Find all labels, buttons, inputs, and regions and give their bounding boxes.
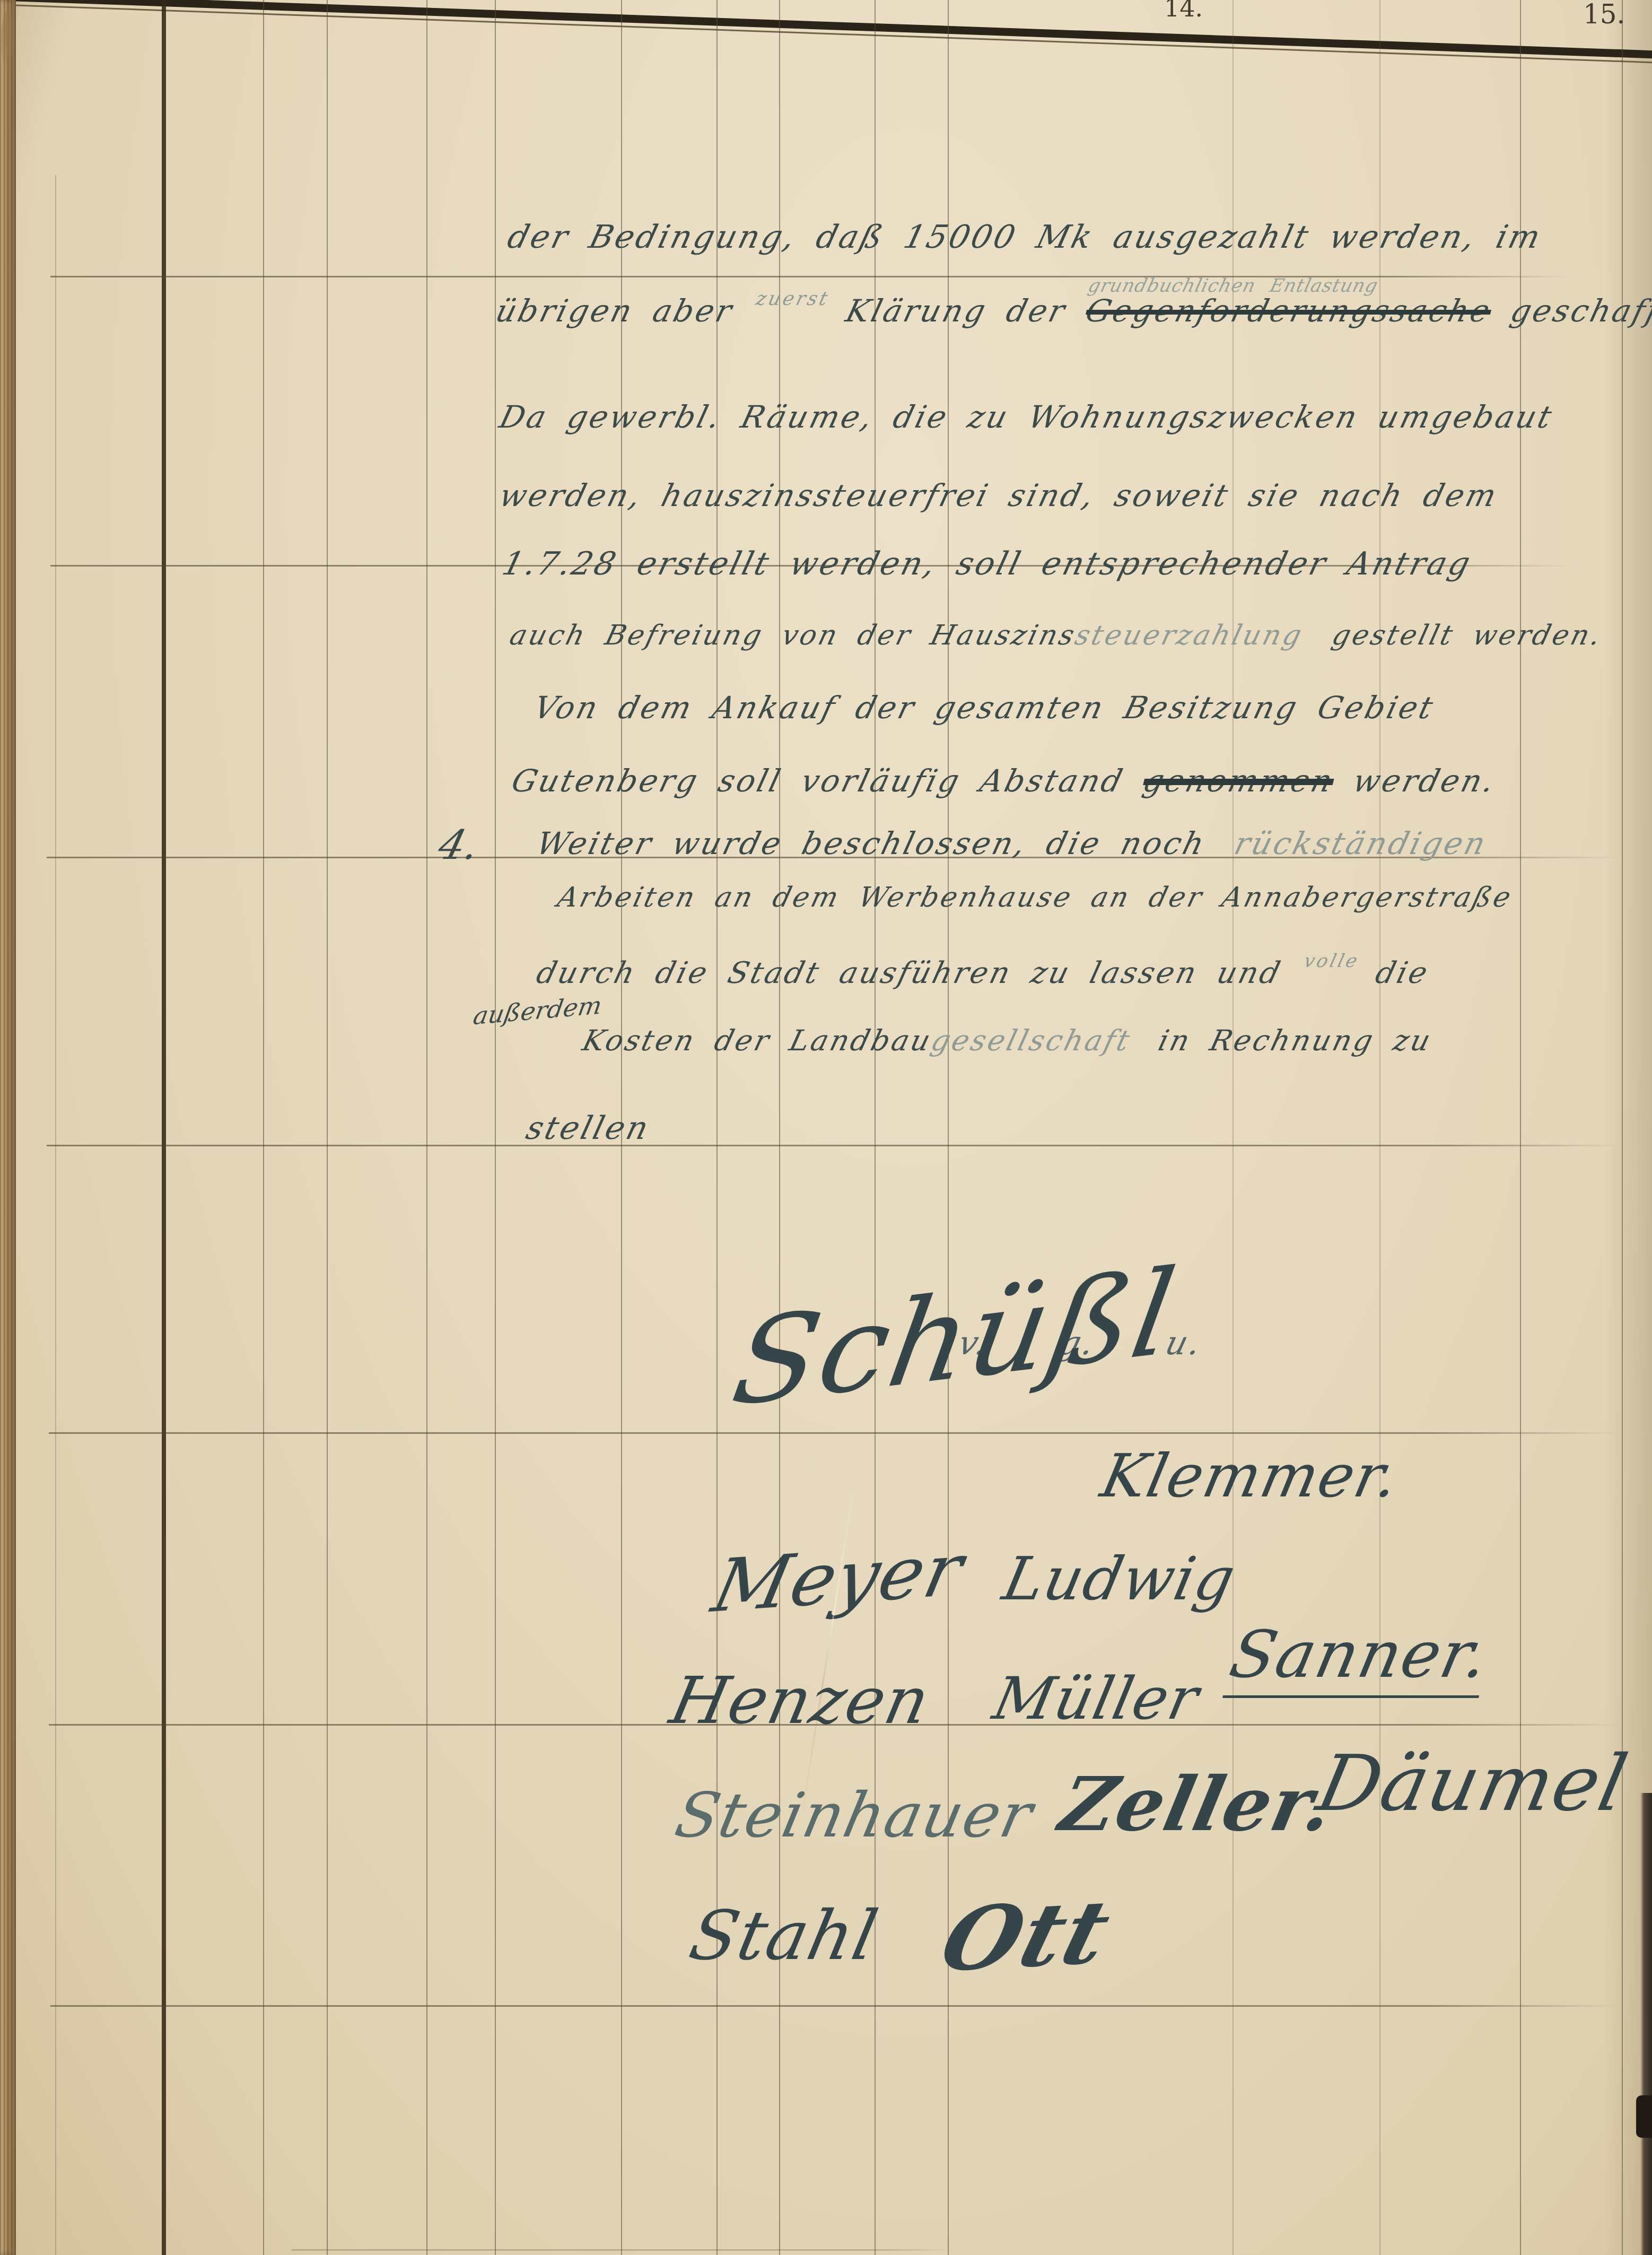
line2-start: übrigen aber [492, 293, 738, 329]
column-rule [55, 175, 56, 2255]
handwritten-line-5: 1.7.28 erstellt werden, soll entsprechen… [499, 545, 1476, 582]
handwritten-line-8: Gutenberg soll vorläufig Abstand genomme… [508, 763, 1500, 799]
ledger-page-scan: 14. 15. der Bedingung, daß 15000 Mk ausg… [0, 0, 1652, 2255]
column-rule [1622, 0, 1623, 2255]
handwritten-line-3: Da gewerbl. Räume, die zu Wohnungszwecke… [496, 399, 1557, 435]
line12-end: in Rechnung zu [1155, 1024, 1436, 1057]
next-page-edge-mark [1636, 2095, 1652, 2138]
handwritten-line-9: Weiter wurde beschlossen, die noch rücks… [533, 825, 1491, 861]
handwritten-line-13: stellen [522, 1110, 654, 1147]
margin-insertion-word: außerdem [471, 991, 604, 1030]
line8-end: werden. [1350, 763, 1500, 799]
column-rule [1379, 0, 1380, 2255]
column-rule [495, 0, 496, 2255]
line11-end: die [1372, 956, 1433, 990]
item-number-4: 4. [434, 821, 484, 868]
line11-start: durch die Stadt ausführen zu lassen und [533, 956, 1286, 990]
signature-7: Sanner. [1222, 1617, 1496, 1698]
line11-insertion: volle [1301, 951, 1361, 972]
handwritten-line-12: Kosten der Landbaugesellschaft in Rechnu… [579, 1024, 1436, 1057]
signature-5: Henzen [664, 1663, 937, 1738]
line2-insertion: zuerst [754, 288, 832, 310]
column-rule [948, 0, 949, 2255]
column-rule [1233, 0, 1234, 2255]
column-rule [327, 0, 328, 2255]
signature-2: Klemmer. [1095, 1442, 1405, 1511]
handwritten-line-2: übrigen aber zuerst Klärung der grundbuc… [492, 293, 1652, 329]
line2-superscript: grundbuchlichen Entlastung [1086, 275, 1380, 297]
line6-light-part: steuerzahlung [1072, 620, 1307, 651]
line9-light-part: rückständigen [1231, 825, 1491, 861]
signature-4: Ludwig [997, 1545, 1242, 1614]
row-rule [47, 1145, 1623, 1146]
line2-mid: Klärung der [842, 293, 1071, 329]
paper-crease [801, 1482, 855, 1818]
line9-start: Weiter wurde beschlossen, die noch [533, 825, 1210, 861]
handwritten-line-11: durch die Stadt ausführen zu lassen und … [533, 956, 1433, 990]
line8-start: Gutenberg soll vorläufig Abstand [508, 763, 1128, 799]
signature-9: Zeller. [1053, 1761, 1342, 1848]
line2-end: geschafft wird. [1507, 293, 1652, 329]
row-rule-partial [292, 2249, 955, 2251]
signature-10: Däumel [1310, 1739, 1636, 1829]
line6-start: auch Befreiung von der Hauszins [506, 620, 1080, 651]
page-number-left: 14. [1164, 0, 1203, 22]
handwritten-line-7: Von dem Ankauf der gesamten Besitzung Ge… [530, 690, 1439, 726]
top-border-rule [0, 0, 1652, 64]
signature-1: Schüßl [724, 1243, 1185, 1433]
line12-start: Kosten der Landbau [579, 1024, 936, 1057]
binding-fiber [1, 10, 15, 73]
signature-6: Müller [987, 1665, 1205, 1732]
next-page-edge [1640, 1793, 1652, 2255]
line2-struck-word: Gegenforderungssache [1082, 293, 1496, 329]
signature-11: Stahl [683, 1896, 885, 1975]
line12-light-part: gesellschaft [928, 1024, 1135, 1057]
line2-correction: grundbuchlichen Entlastung Gegenforderun… [1082, 293, 1496, 329]
handwritten-line-10: Arbeiten an dem Werbenhause an der Annab… [554, 882, 1516, 913]
column-rule [426, 0, 427, 2255]
column-rule [1520, 0, 1521, 2255]
signature-12: Ott [931, 1880, 1122, 1991]
column-rule [263, 0, 264, 2255]
book-binding [0, 0, 16, 2255]
handwritten-line-4: werden, hauszinssteuerfrei sind, soweit … [496, 477, 1502, 513]
handwritten-line-6: auch Befreiung von der Hauszinssteuerzah… [506, 620, 1606, 651]
row-rule [50, 2005, 1619, 2007]
row-rule [49, 1432, 1619, 1434]
line6-end: gestellt werden. [1329, 620, 1606, 651]
handwritten-line-1: der Bedingung, daß 15000 Mk ausgezahlt w… [504, 219, 1546, 256]
column-rule-bold [162, 0, 166, 2255]
line8-struck-word: genommen [1140, 763, 1338, 799]
signature-8: Steinhauer [669, 1780, 1039, 1851]
page-number-right: 15. [1583, 0, 1625, 30]
